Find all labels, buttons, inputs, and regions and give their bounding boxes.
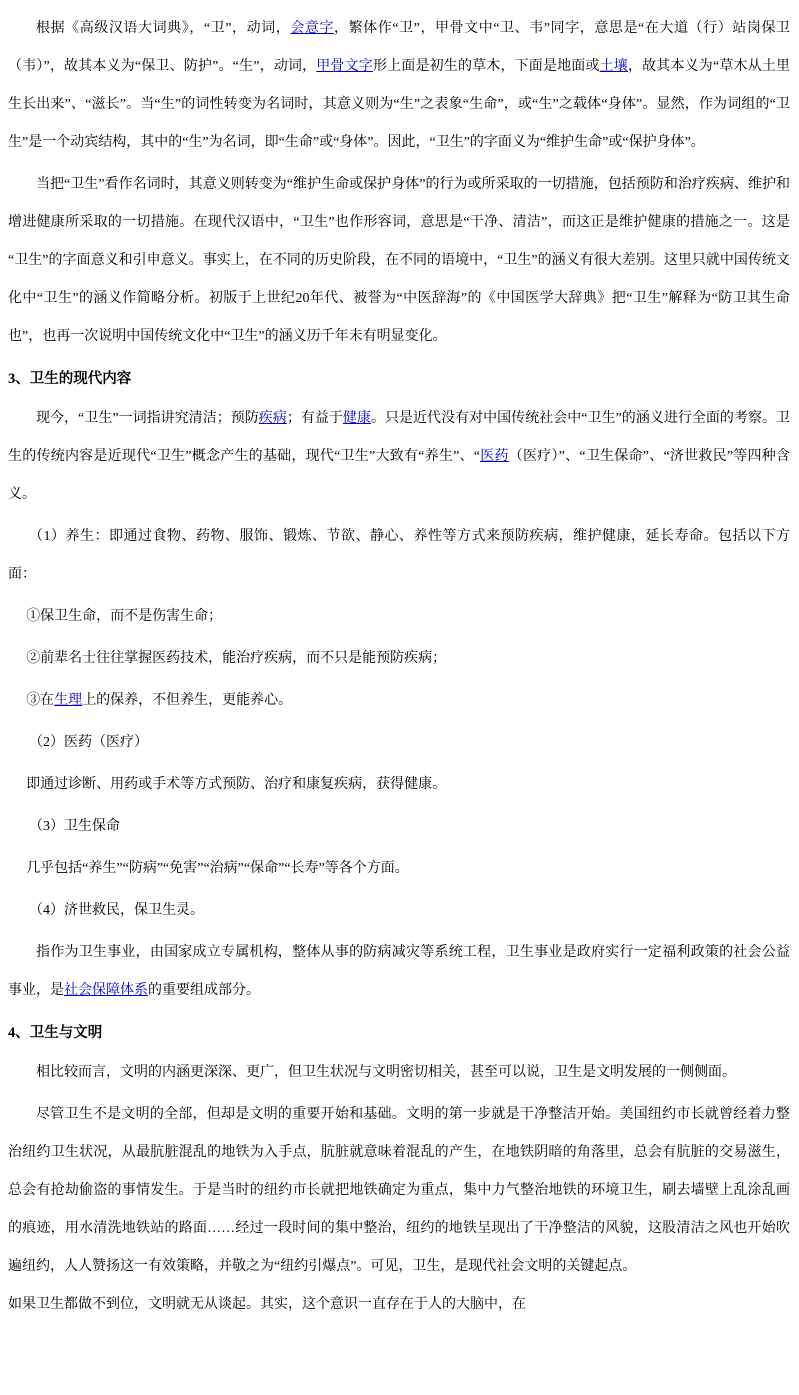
paragraph: 当把“卫生”看作名词时，其意义则转变为“维护生命或保护身体”的行为或所采取的一切… bbox=[8, 166, 790, 356]
text-run: ①保卫生命，而不是伤害生命； bbox=[26, 609, 222, 624]
text-run: 4、卫生与文明 bbox=[8, 1025, 102, 1041]
paragraph: 尽管卫生不是文明的全部，但却是文明的重要开始和基础。文明的第一步就是干净整洁开始… bbox=[8, 1096, 790, 1286]
text-run: 相比较而言，文明的内涵更深深、更广，但卫生状况与文明密切相关，甚至可以说，卫生是… bbox=[36, 1065, 736, 1080]
text-run: （1）养生：即通过食物、药物、服饰、锻炼、节欲、静心、养性等方式来预防疾病，维护… bbox=[8, 529, 790, 582]
text-run: 的重要组成部分。 bbox=[148, 983, 260, 998]
inline-link[interactable]: 疾病 bbox=[259, 411, 287, 426]
section-heading: 4、卫生与文明 bbox=[8, 1014, 790, 1052]
text-run: （4）济世救民，保卫生灵。 bbox=[29, 903, 204, 918]
paragraph: 现今，“卫生”一词指讲究清洁；预防疾病；有益于健康。只是近代没有对中国传统社会中… bbox=[8, 400, 790, 514]
text-run: 几乎包括“养生”“防病”“免害”“治病”“保命”“长寿”等各个方面。 bbox=[26, 861, 409, 876]
inline-link[interactable]: 土壤 bbox=[600, 59, 628, 74]
text-run: 现今，“卫生”一词指讲究清洁；预防 bbox=[36, 411, 259, 426]
paragraph: 几乎包括“养生”“防病”“免害”“治病”“保命”“长寿”等各个方面。 bbox=[8, 850, 790, 888]
inline-link[interactable]: 社会保障体系 bbox=[64, 983, 148, 998]
text-run: 如果卫生都做不到位，文明就无从谈起。其实，这个意识一直存在于人的大脑中，在 bbox=[8, 1297, 526, 1312]
text-run: 根据《高级汉语大词典》，“卫”，动词， bbox=[36, 21, 290, 36]
text-run: 即通过诊断、用药或手术等方式预防、治疗和康复疾病，获得健康。 bbox=[26, 777, 446, 792]
inline-link[interactable]: 生理 bbox=[54, 693, 82, 708]
text-run: 尽管卫生不是文明的全部，但却是文明的重要开始和基础。文明的第一步就是干净整洁开始… bbox=[8, 1107, 790, 1274]
paragraph: （3）卫生保命 bbox=[8, 808, 790, 846]
text-run: 上的保养，不但养生，更能养心。 bbox=[82, 693, 292, 708]
text-run: ③在 bbox=[26, 693, 54, 708]
paragraph: ③在生理上的保养，不但养生，更能养心。 bbox=[8, 682, 790, 720]
text-run: 形上面是初生的草木，下面是地面或 bbox=[373, 59, 600, 74]
paragraph: 根据《高级汉语大词典》，“卫”，动词，会意字，繁体作“卫”，甲骨文中“卫、韦”同… bbox=[8, 10, 790, 162]
paragraph: ①保卫生命，而不是伤害生命； bbox=[8, 598, 790, 636]
paragraph: 相比较而言，文明的内涵更深深、更广，但卫生状况与文明密切相关，甚至可以说，卫生是… bbox=[8, 1054, 790, 1092]
inline-link[interactable]: 甲骨文字 bbox=[316, 59, 373, 74]
paragraph: 即通过诊断、用药或手术等方式预防、治疗和康复疾病，获得健康。 bbox=[8, 766, 790, 804]
text-run: 当把“卫生”看作名词时，其意义则转变为“维护生命或保护身体”的行为或所采取的一切… bbox=[8, 177, 790, 344]
inline-link[interactable]: 医药 bbox=[480, 449, 509, 464]
paragraph: （1）养生：即通过食物、药物、服饰、锻炼、节欲、静心、养性等方式来预防疾病，维护… bbox=[8, 518, 790, 594]
article-body: 根据《高级汉语大词典》，“卫”，动词，会意字，繁体作“卫”，甲骨文中“卫、韦”同… bbox=[0, 0, 799, 1320]
paragraph: ②前辈名士往往掌握医药技术，能治疗疾病，而不只是能预防疾病； bbox=[8, 640, 790, 678]
text-run: ②前辈名士往往掌握医药技术，能治疗疾病，而不只是能预防疾病； bbox=[26, 651, 446, 666]
paragraph: （4）济世救民，保卫生灵。 bbox=[8, 892, 790, 930]
inline-link[interactable]: 会意字 bbox=[290, 21, 334, 36]
paragraph: （2）医药（医疗） bbox=[8, 724, 790, 762]
paragraph: 如果卫生都做不到位，文明就无从谈起。其实，这个意识一直存在于人的大脑中，在 bbox=[8, 1290, 790, 1320]
text-run: （3）卫生保命 bbox=[29, 819, 120, 834]
text-run: （2）医药（医疗） bbox=[29, 735, 148, 750]
text-run: ；有益于 bbox=[287, 411, 343, 426]
inline-link[interactable]: 健康 bbox=[343, 411, 371, 426]
paragraph: 指作为卫生事业，由国家成立专属机构，整体从事的防病减灾等系统工程，卫生事业是政府… bbox=[8, 934, 790, 1010]
section-heading: 3、卫生的现代内容 bbox=[8, 360, 790, 398]
text-run: 3、卫生的现代内容 bbox=[8, 371, 131, 387]
